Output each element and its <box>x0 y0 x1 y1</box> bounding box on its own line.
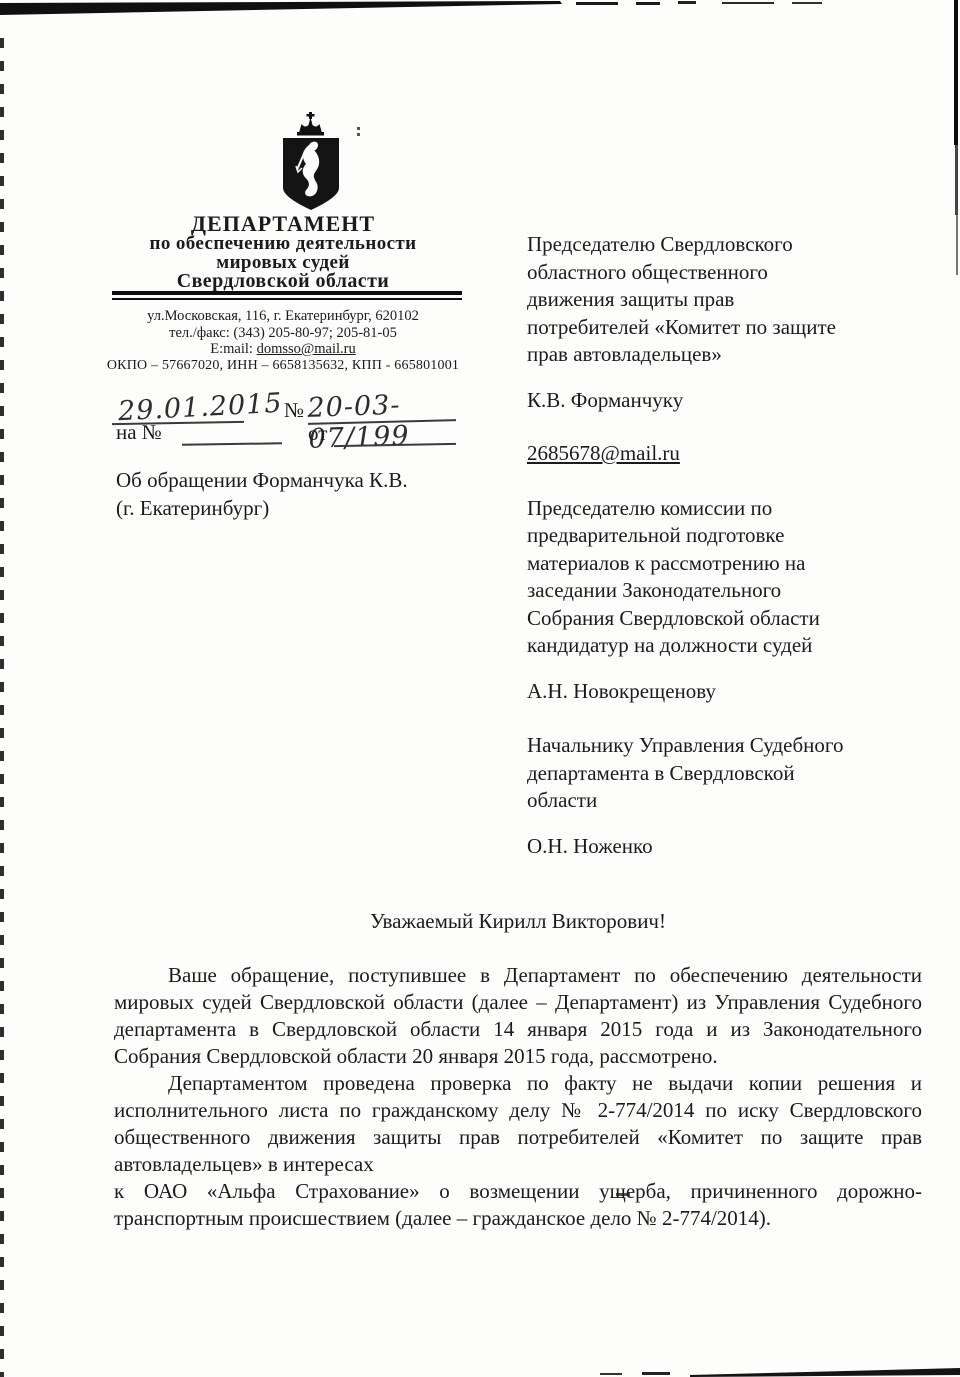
letter-subject: Об обращении Форманчука К.В. (г. Екатери… <box>116 466 496 522</box>
recipient-name: К.В. Форманчуку <box>527 387 939 415</box>
recipient-name: О.Н. Ноженко <box>527 833 939 861</box>
codes-line: ОКПО – 57667020, ИНН – 6658135632, КПП -… <box>96 358 470 375</box>
number-label: № <box>284 398 304 423</box>
reply-to-label: на № <box>116 420 162 445</box>
recipient-name: А.Н. Новокрещенову <box>527 678 939 706</box>
letterhead-org-name: ДЕПАРТАМЕНТ по обеспечению деятельности … <box>100 214 466 291</box>
recipient-block: Председателю комиссии по предварительной… <box>527 495 939 706</box>
body-paragraph: Ваше обращение, поступившее в Департамен… <box>114 962 922 1070</box>
recipient-title: Начальнику Управления Судебного департам… <box>527 732 939 815</box>
org-name-line1: ДЕПАРТАМЕНТ <box>100 214 466 234</box>
recipient-block: Председателю Свердловского областного об… <box>527 231 939 468</box>
email-label: E:mail: <box>210 341 256 357</box>
address-line: ул.Московская, 116, г. Екатеринбург, 620… <box>96 308 470 325</box>
org-name-line2: по обеспечению деятельности <box>100 234 466 253</box>
scan-left-edge-dashes <box>0 38 4 1377</box>
recipient-title: Председателю Свердловского областного об… <box>527 231 939 369</box>
scan-speck <box>357 133 360 136</box>
recipients-column: Председателю Свердловского областного об… <box>527 231 939 860</box>
body-paragraph: к ОАО «Альфа Страхование» о возмещении у… <box>114 1178 922 1232</box>
body-paragraph: Департаментом проведена проверка по факт… <box>114 1070 922 1178</box>
org-email-link[interactable]: domsso@mail.ru <box>257 341 356 357</box>
recipient-block: Начальнику Управления Судебного департам… <box>527 732 939 860</box>
recipient-title: Председателю комиссии по предварительной… <box>527 495 939 660</box>
email-line: E:mail: domsso@mail.ru <box>96 341 470 358</box>
letter-body: Уважаемый Кирилл Викторович! Ваше обраще… <box>114 908 922 1232</box>
from-label: от <box>308 421 327 446</box>
recipient-email: 2685678@mail.ru <box>527 440 939 468</box>
scanned-letter-page: ДЕПАРТАМЕНТ по обеспечению деятельности … <box>0 0 960 1377</box>
salutation: Уважаемый Кирилл Викторович! <box>114 908 922 935</box>
scan-speck <box>357 127 360 130</box>
recipient-email-link[interactable]: 2685678@mail.ru <box>527 441 680 465</box>
letterhead-contacts: ул.Московская, 116, г. Екатеринбург, 620… <box>96 308 470 374</box>
reply-to-underline <box>182 442 282 445</box>
letterhead-divider <box>112 291 462 300</box>
coat-of-arms-icon <box>276 112 346 214</box>
org-name-line4: Свердловской области <box>100 272 466 291</box>
phone-line: тел./факс: (343) 205-80-97; 205-81-05 <box>96 325 470 342</box>
